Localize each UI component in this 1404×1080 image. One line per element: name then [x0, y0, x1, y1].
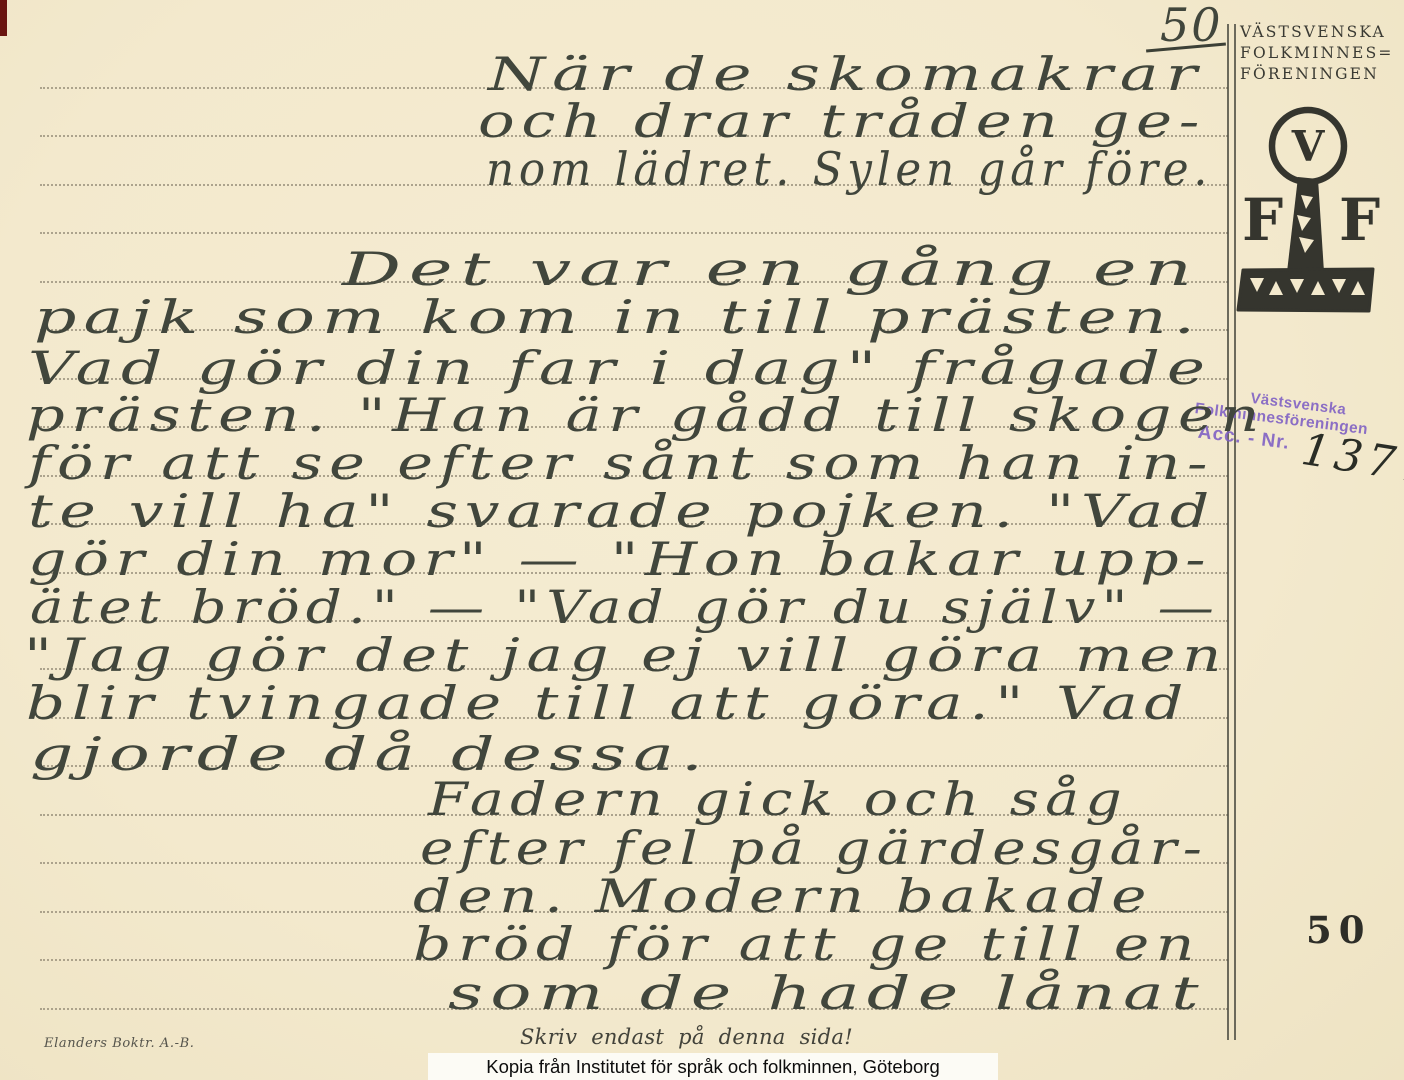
manuscript-line: blir tvingade till att göra." Vad: [26, 680, 1190, 726]
manuscript-line: efter fel på gärdesgår-: [420, 825, 1208, 871]
write-only-this-side-instruction: Skriv endast på denna sida!: [520, 1025, 853, 1049]
manuscript-line: Vad gör din far i dag" frågade: [28, 345, 1212, 391]
manuscript-line: pajk som kom in till prästen.: [34, 294, 1202, 340]
manuscript-line: prästen. "Han är gådd till skogen: [26, 392, 1266, 438]
printer-credit: Elanders Boktr. A.-B.: [44, 1036, 195, 1051]
manuscript-line: Fadern gick och såg: [428, 776, 1128, 822]
thors-hammer-logo-icon: V F F: [1235, 103, 1395, 318]
manuscript-line: "Jag gör det jag ej vill göra men: [24, 632, 1228, 678]
printed-page-number: 50: [1306, 908, 1372, 952]
logo-letter-v: V: [1291, 122, 1326, 171]
logo-letter-f-left: F: [1242, 186, 1283, 254]
manuscript-line: bröd för att ge till en: [413, 921, 1201, 967]
copy-source-note: Kopia från Institutet för språk och folk…: [486, 1056, 940, 1078]
ruled-line: [40, 232, 1228, 234]
manuscript-line: När de skomakrar: [488, 51, 1204, 97]
manuscript-line: nom lädret. Sylen går före.: [486, 146, 1212, 192]
org-line-2: FOLKMINNES=: [1240, 43, 1400, 64]
manuscript-line: ätet bröd." — "Vad gör du själv" —: [30, 584, 1220, 630]
logo-letter-f-right: F: [1339, 186, 1380, 254]
manuscript-line: den. Modern bakade: [413, 873, 1153, 919]
document-page: 50 VÄSTSVENSKA FOLKMINNES= FÖRENINGEN V …: [0, 0, 1404, 1080]
paper-edge-mark: [0, 0, 7, 36]
copy-caption-strip: Kopia från Institutet för språk och folk…: [428, 1053, 998, 1080]
organization-name: VÄSTSVENSKA FOLKMINNES= FÖRENINGEN: [1240, 22, 1400, 85]
manuscript-line: gör din mor" — "Hon bakar upp-: [28, 536, 1212, 582]
manuscript-line: som de hade lånat: [448, 970, 1206, 1016]
manuscript-line: och drar tråden ge-: [478, 98, 1206, 144]
manuscript-line: för att se efter sånt som han in-: [28, 440, 1214, 486]
manuscript-line: te vill ha" svarade pojken. "Vad: [28, 488, 1216, 534]
manuscript-line: gjorde då dessa.: [30, 731, 710, 777]
org-line-3: FÖRENINGEN: [1240, 64, 1400, 85]
org-line-1: VÄSTSVENSKA: [1240, 22, 1400, 43]
manuscript-line: Det var en gång en: [342, 246, 1200, 292]
